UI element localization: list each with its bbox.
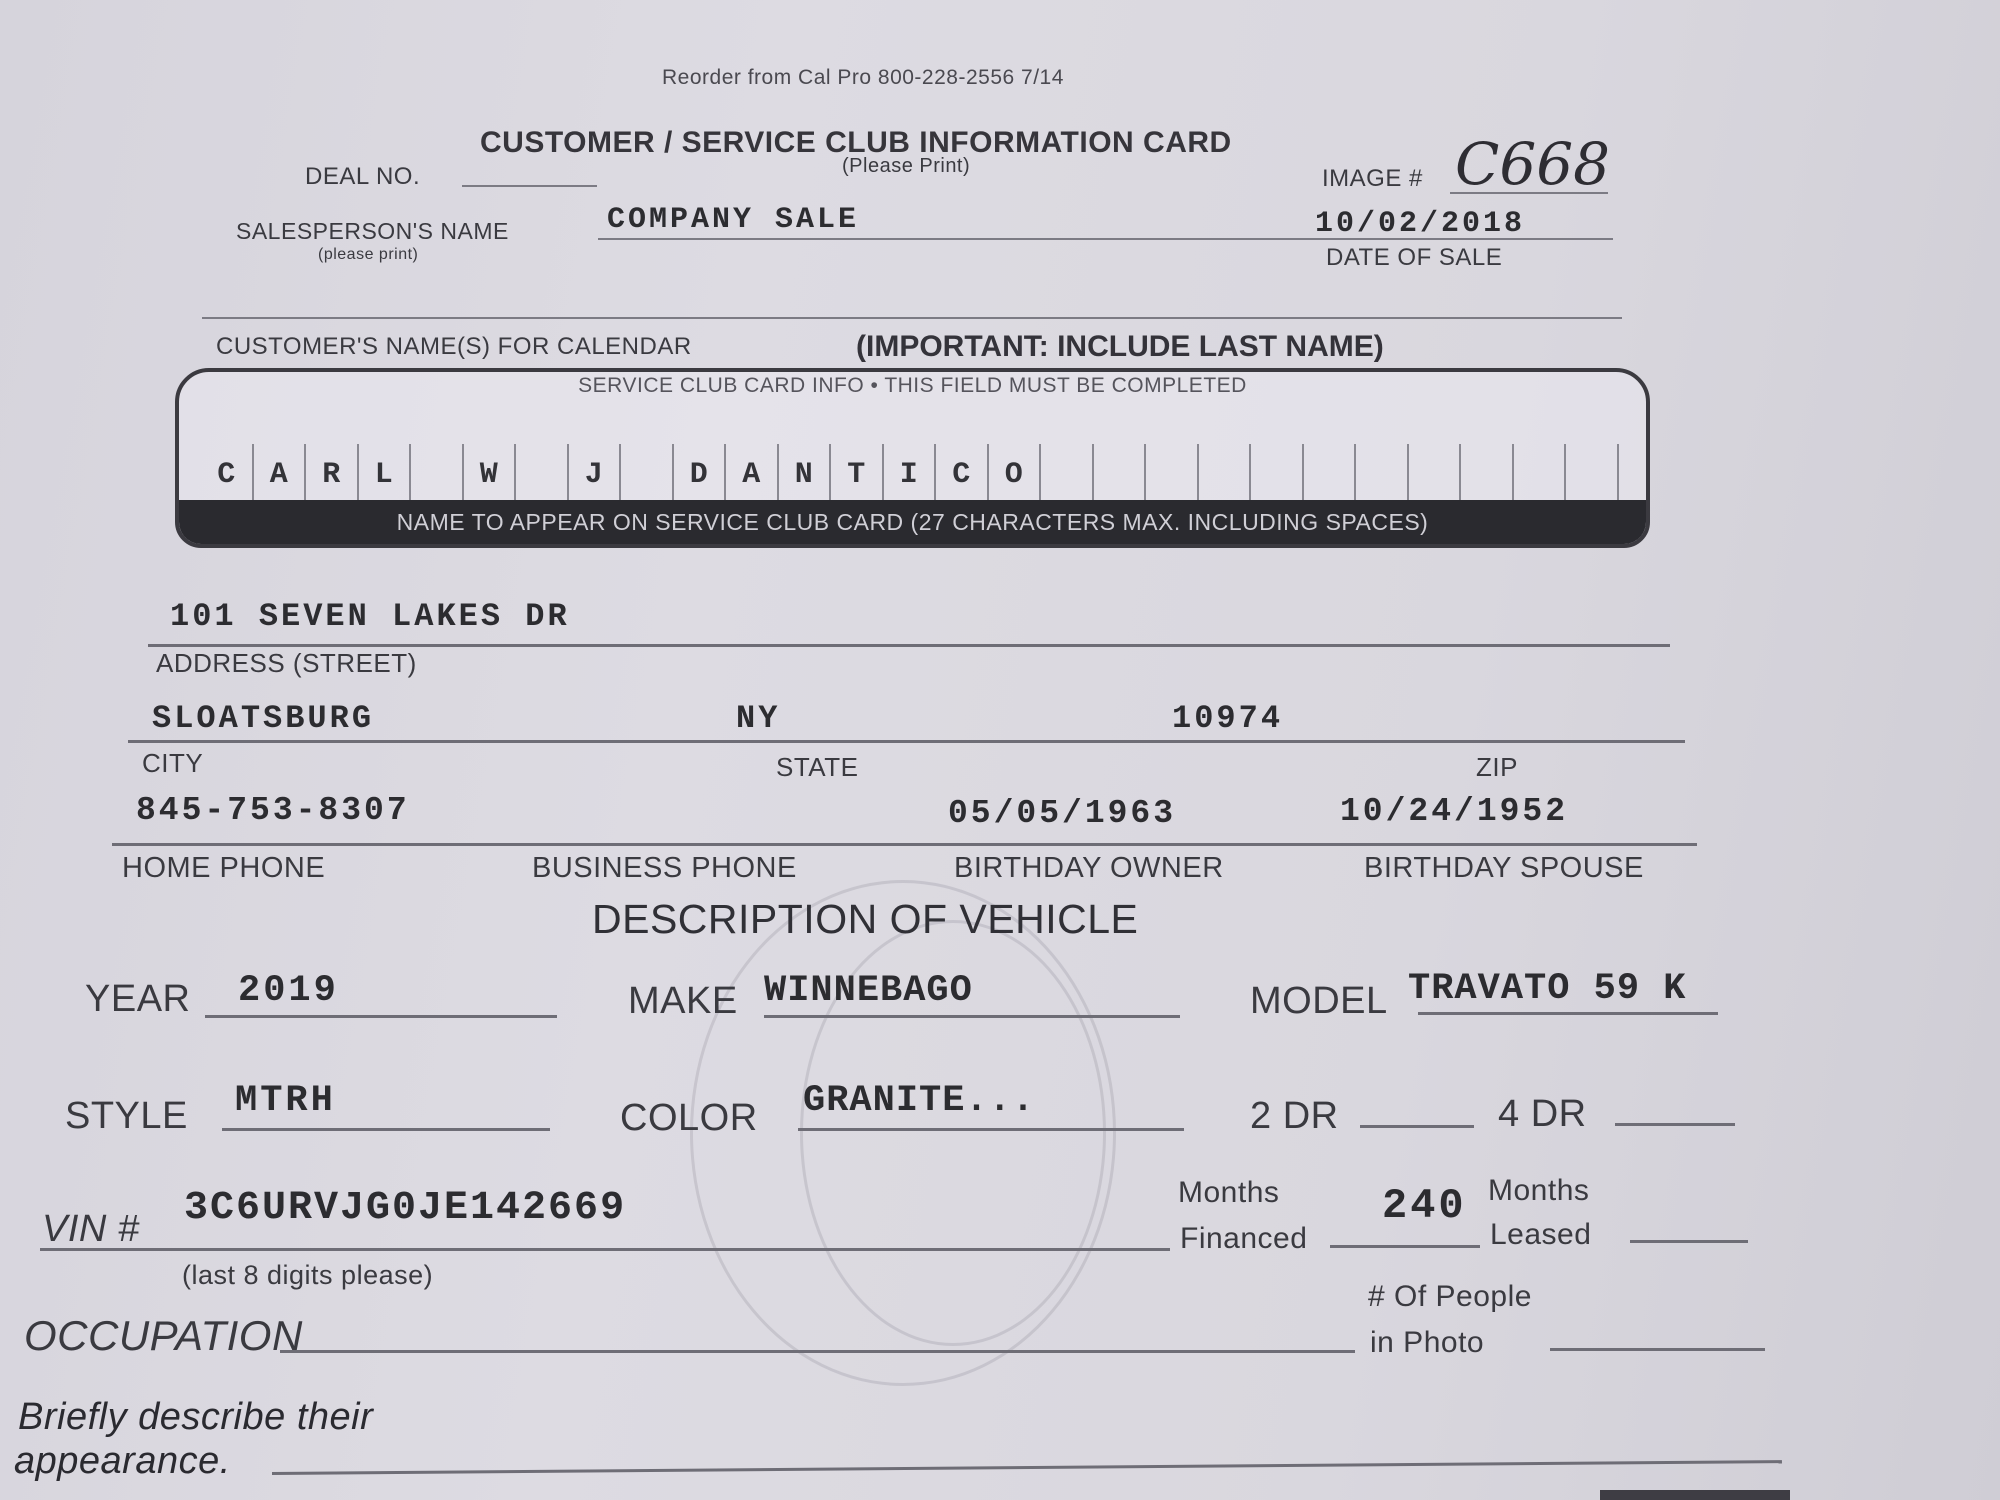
style-label: STYLE	[65, 1095, 188, 1138]
name-character-boxes[interactable]: CARLWJDANTICO	[201, 444, 1619, 506]
name-character-box[interactable]	[1094, 444, 1147, 506]
name-character-box[interactable]	[1409, 444, 1462, 506]
city-value: SLOATSBURG	[152, 700, 374, 737]
vin-field[interactable]	[40, 1248, 1170, 1251]
name-character-box[interactable]: N	[779, 444, 832, 506]
name-character-box[interactable]: R	[306, 444, 359, 506]
salesperson-label: SALESPERSON'S NAME	[236, 218, 509, 245]
birthday-spouse-value: 10/24/1952	[1340, 793, 1568, 830]
image-number-handwritten: C668	[1455, 130, 1610, 198]
zip-value: 10974	[1172, 700, 1283, 737]
birthday-owner-value: 05/05/1963	[948, 795, 1176, 832]
name-character-box[interactable]	[1304, 444, 1357, 506]
important-note: (IMPORTANT: INCLUDE LAST NAME)	[856, 330, 1384, 364]
name-character-box[interactable]: A	[254, 444, 307, 506]
make-field[interactable]	[764, 1015, 1180, 1018]
name-character-box[interactable]	[621, 444, 674, 506]
name-character-box[interactable]: O	[989, 444, 1042, 506]
occupation-field[interactable]	[280, 1350, 1355, 1353]
salesperson-field[interactable]	[598, 238, 1613, 240]
salesperson-sub-label: (please print)	[318, 246, 418, 264]
name-character-box[interactable]: W	[464, 444, 517, 506]
months-financed-value: 240	[1382, 1182, 1467, 1230]
style-value: MTRH	[235, 1080, 336, 1122]
two-door-field[interactable]	[1360, 1125, 1474, 1128]
name-character-box[interactable]	[1514, 444, 1567, 506]
deal-no-label: DEAL NO.	[305, 163, 420, 191]
street-value: 101 SEVEN LAKES DR	[170, 598, 570, 635]
name-card-subhead: SERVICE CLUB CARD INFO • THIS FIELD MUST…	[179, 374, 1646, 398]
people-in-photo-label-2: in Photo	[1370, 1326, 1484, 1360]
city-state-zip-field[interactable]	[128, 740, 1685, 743]
state-label: STATE	[776, 752, 858, 783]
calendar-name-field[interactable]	[202, 317, 1622, 319]
year-value: 2019	[238, 970, 339, 1012]
name-character-box[interactable]	[1251, 444, 1304, 506]
home-phone-value: 845-753-8307	[136, 792, 410, 829]
salesperson-value: COMPANY SALE	[607, 203, 859, 237]
reorder-line: Reorder from Cal Pro 800-228-2556 7/14	[662, 66, 1064, 90]
name-character-box[interactable]	[1041, 444, 1094, 506]
two-door-label: 2 DR	[1250, 1095, 1339, 1138]
people-in-photo-label-1: # Of People	[1368, 1280, 1532, 1314]
date-of-sale-value: 10/02/2018	[1315, 207, 1525, 241]
deal-no-field[interactable]	[462, 185, 597, 187]
color-field[interactable]	[798, 1128, 1184, 1131]
birthday-spouse-label: BIRTHDAY SPOUSE	[1364, 852, 1644, 885]
name-character-box[interactable]: L	[359, 444, 412, 506]
image-number-field	[1450, 192, 1608, 194]
name-character-box[interactable]	[1199, 444, 1252, 506]
color-label: COLOR	[620, 1097, 758, 1140]
year-label: YEAR	[85, 978, 190, 1021]
name-character-box[interactable]: T	[831, 444, 884, 506]
model-label: MODEL	[1250, 980, 1388, 1023]
date-of-sale-label: DATE OF SALE	[1326, 244, 1502, 272]
vin-label: VIN #	[42, 1208, 140, 1251]
months-leased-label-2: Leased	[1490, 1218, 1591, 1252]
four-door-field[interactable]	[1615, 1123, 1735, 1126]
name-character-box[interactable]: C	[936, 444, 989, 506]
business-phone-label: BUSINESS PHONE	[532, 852, 797, 885]
name-character-box[interactable]: D	[674, 444, 727, 506]
model-field[interactable]	[1418, 1012, 1718, 1015]
vin-value: 3C6URVJG0JE142669	[184, 1186, 626, 1231]
city-label: CITY	[142, 748, 203, 779]
birthday-owner-label: BIRTHDAY OWNER	[954, 852, 1224, 885]
months-leased-field[interactable]	[1630, 1240, 1748, 1243]
appearance-field[interactable]	[272, 1460, 1782, 1475]
contact-field[interactable]	[112, 843, 1697, 846]
street-field[interactable]	[148, 644, 1670, 647]
year-field[interactable]	[205, 1015, 557, 1018]
four-door-label: 4 DR	[1498, 1093, 1587, 1136]
name-character-box[interactable]: A	[726, 444, 779, 506]
appearance-label-2: appearance.	[14, 1440, 231, 1483]
name-character-box[interactable]	[411, 444, 464, 506]
make-label: MAKE	[628, 980, 738, 1023]
months-financed-label-1: Months	[1178, 1176, 1279, 1210]
months-financed-label-2: Financed	[1180, 1222, 1307, 1256]
occupation-label: OCCUPATION	[24, 1312, 303, 1360]
state-value: NY	[736, 700, 780, 737]
people-in-photo-field[interactable]	[1550, 1348, 1765, 1351]
service-club-name-card: SERVICE CLUB CARD INFO • THIS FIELD MUST…	[175, 368, 1650, 548]
months-financed-field[interactable]	[1330, 1245, 1480, 1248]
name-character-box[interactable]: J	[569, 444, 622, 506]
vin-note: (last 8 digits please)	[182, 1260, 433, 1291]
name-card-instructions: NAME TO APPEAR ON SERVICE CLUB CARD (27 …	[179, 500, 1646, 544]
name-character-box[interactable]	[1566, 444, 1619, 506]
calendar-name-label: CUSTOMER'S NAME(S) FOR CALENDAR	[216, 333, 692, 361]
next-page-edge	[1600, 1490, 1790, 1500]
style-field[interactable]	[222, 1128, 550, 1131]
street-label: ADDRESS (STREET)	[156, 648, 417, 679]
zip-label: ZIP	[1476, 752, 1518, 783]
model-value: TRAVATO 59 K	[1408, 968, 1686, 1010]
name-character-box[interactable]: I	[884, 444, 937, 506]
image-label: IMAGE #	[1322, 165, 1423, 193]
make-value: WINNEBAGO	[764, 970, 973, 1012]
name-character-box[interactable]	[516, 444, 569, 506]
name-character-box[interactable]	[1461, 444, 1514, 506]
vehicle-section-title: DESCRIPTION OF VEHICLE	[592, 896, 1138, 943]
color-value: GRANITE...	[803, 1080, 1035, 1122]
name-character-box[interactable]	[1356, 444, 1409, 506]
please-print-note: (Please Print)	[842, 155, 970, 178]
months-leased-label-1: Months	[1488, 1174, 1589, 1208]
appearance-label-1: Briefly describe their	[18, 1396, 373, 1439]
name-character-box[interactable]: C	[201, 444, 254, 506]
home-phone-label: HOME PHONE	[122, 852, 325, 885]
name-character-box[interactable]	[1146, 444, 1199, 506]
